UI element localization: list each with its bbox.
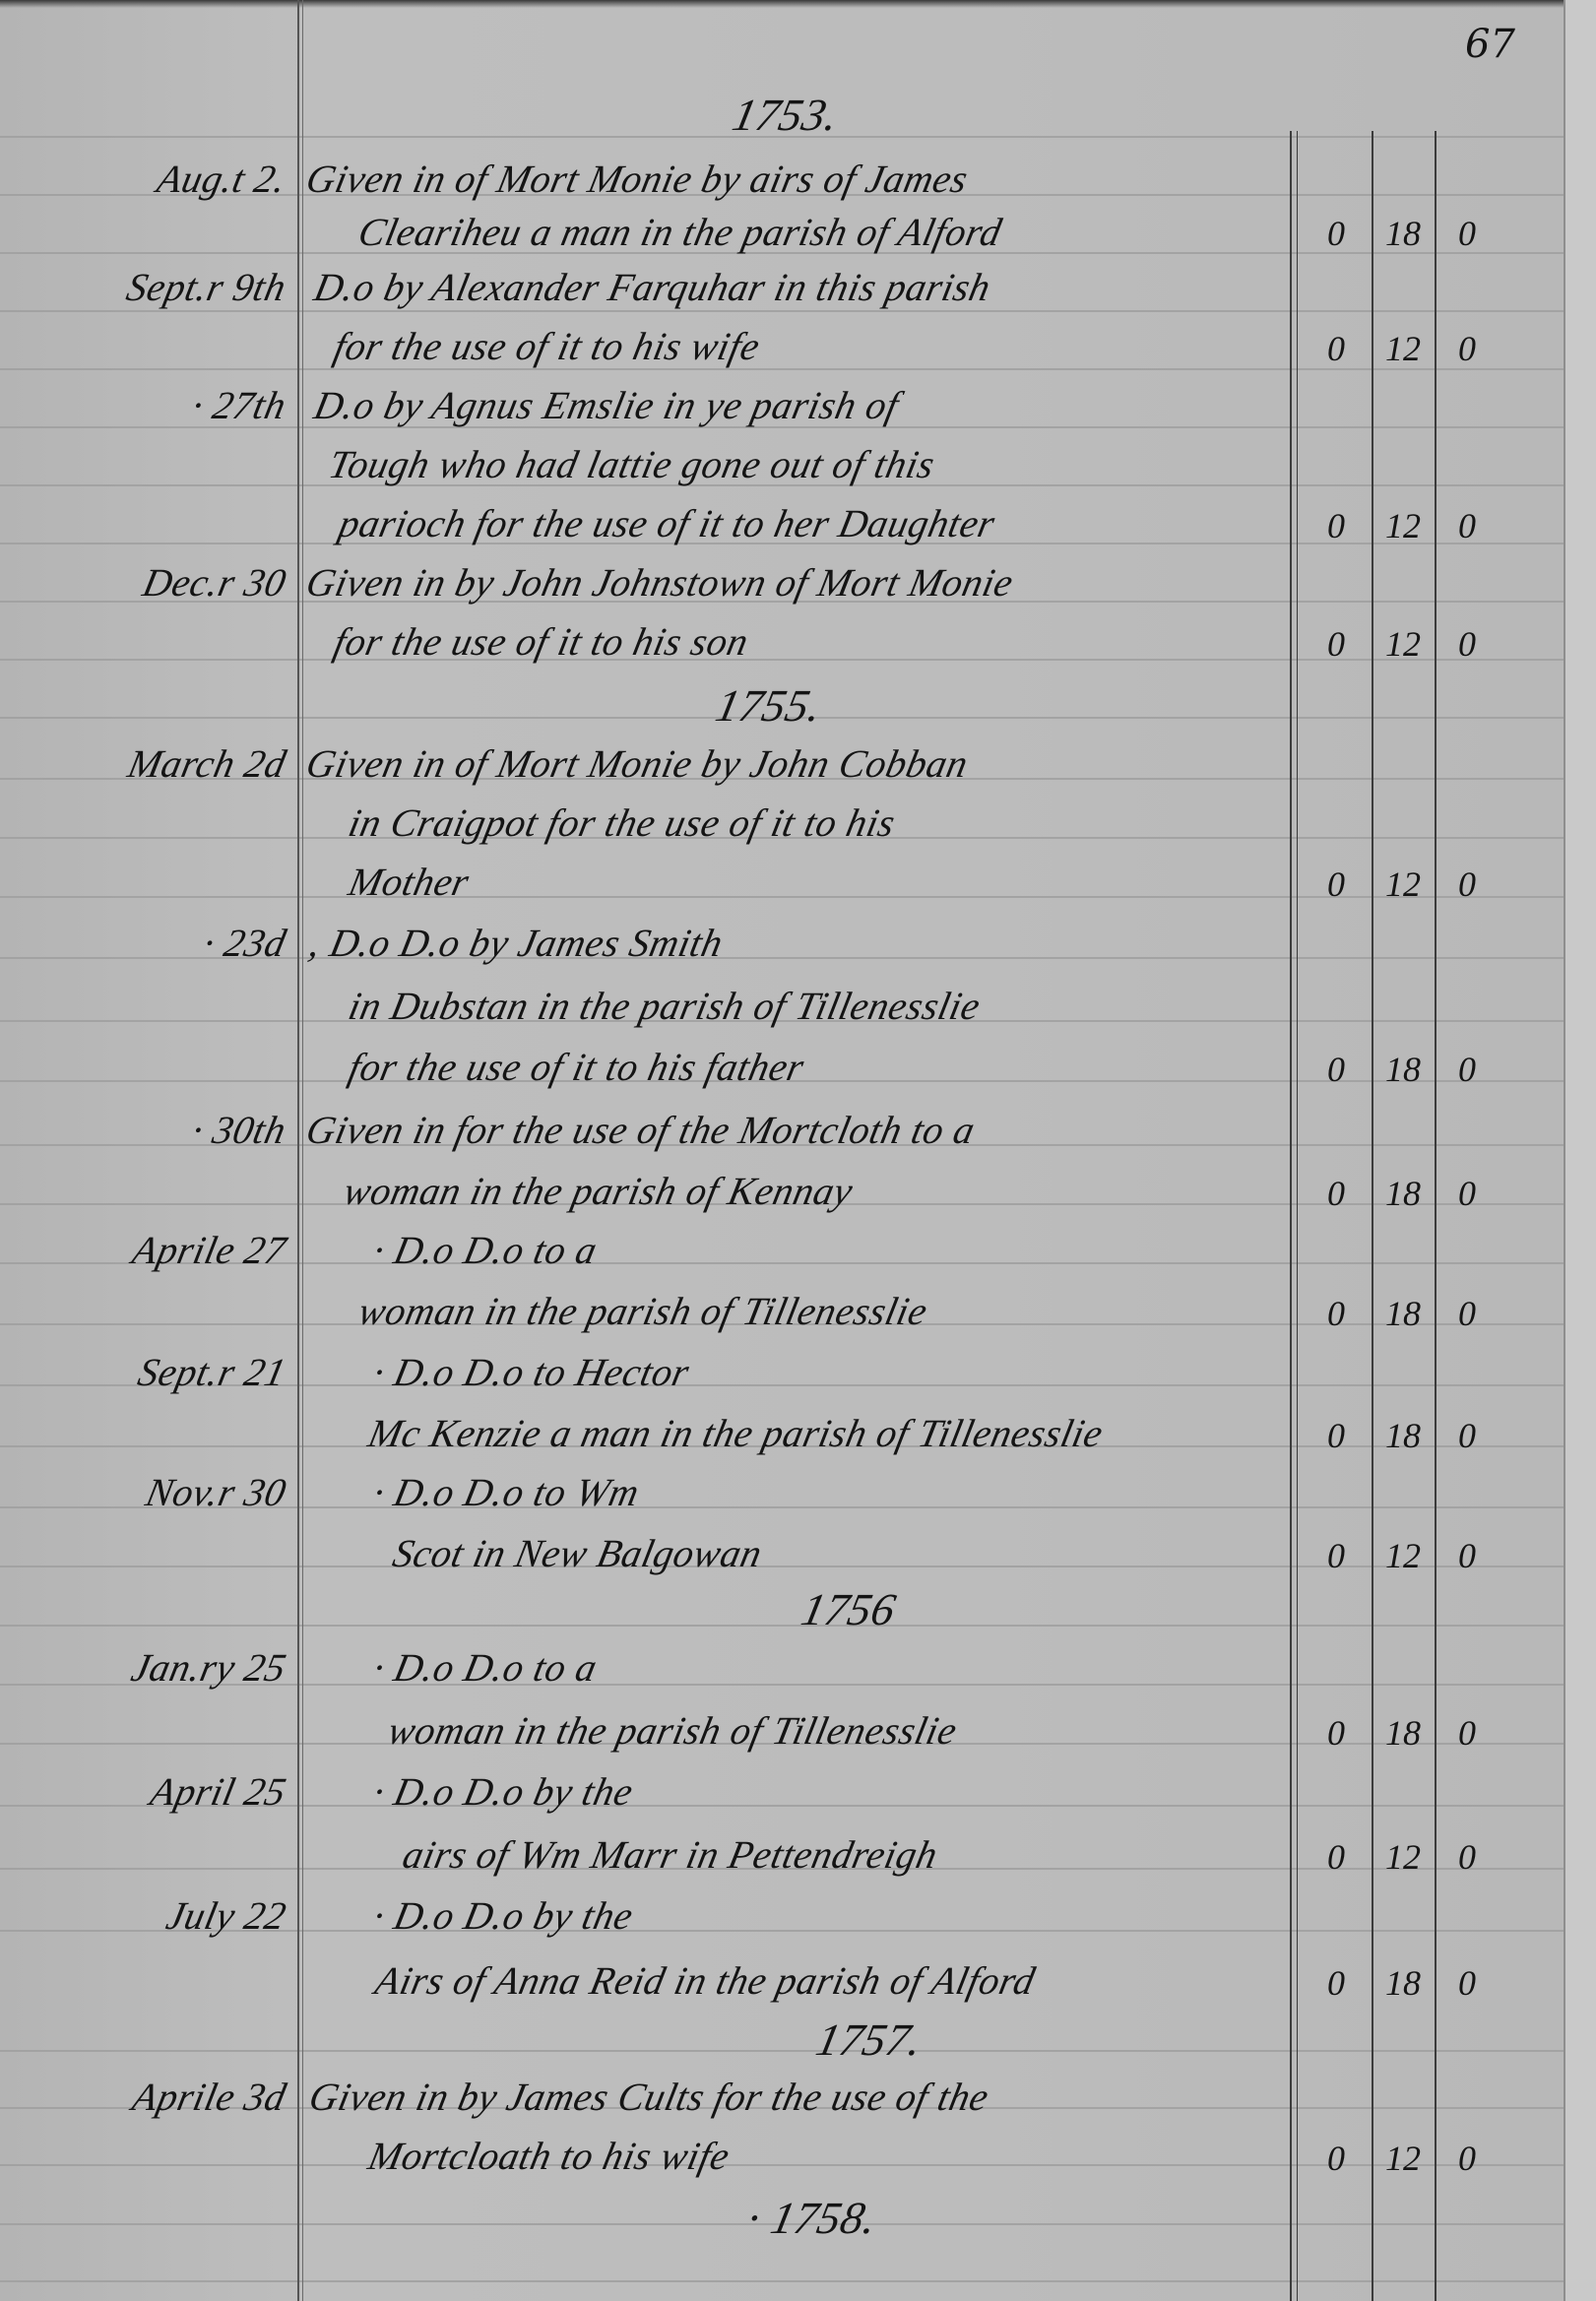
entry-text: woman in the parish of Tillenesslie	[384, 1707, 961, 1754]
amount-pence: 0	[1452, 1293, 1482, 1334]
margin-line	[297, 0, 299, 2301]
entry-date: Aprile 3d	[0, 2074, 290, 2120]
entry-text: Mc Kenzie a man in the parish of Tillene…	[364, 1410, 1108, 1456]
entry-text: for the use of it to his father	[345, 1044, 808, 1090]
amount-shillings: 18	[1383, 1415, 1423, 1456]
entry-text: Given in by James Cults for the use of t…	[305, 2074, 993, 2120]
entry-date: Aug.t 2.	[0, 156, 290, 202]
ruled-line	[0, 2050, 1564, 2052]
amount-pounds: 0	[1321, 1836, 1351, 1878]
entry-date: July 22	[0, 1892, 290, 1939]
amount-shillings: 12	[1383, 1535, 1423, 1576]
entry-text: Given in by John Johnstown of Mort Monie	[302, 559, 1018, 606]
year-heading: 1757.	[811, 2013, 926, 2066]
entry-date: March 2d	[0, 740, 290, 787]
amount-pence: 0	[1452, 328, 1482, 369]
ruled-line	[0, 310, 1564, 312]
ruled-line	[0, 1625, 1564, 1627]
amount-pence: 0	[1452, 2138, 1482, 2179]
amount-pence: 0	[1452, 1415, 1482, 1456]
entry-date: · 27th	[0, 382, 290, 428]
entry-text: in Craigpot for the use of it to his	[345, 799, 900, 846]
amount-pence: 0	[1452, 623, 1482, 665]
page-top-shadow	[0, 0, 1564, 8]
amount-pounds: 0	[1321, 2138, 1351, 2179]
entry-text: woman in the parish of Tillenesslie	[354, 1288, 931, 1334]
entry-text: Given in of Mort Monie by John Cobban	[302, 740, 973, 787]
entry-text: · D.o D.o to a	[369, 1227, 602, 1273]
entry-text: · D.o D.o to Hector	[369, 1349, 693, 1395]
year-heading: 1756	[797, 1583, 900, 1635]
amount-pounds: 0	[1321, 1293, 1351, 1334]
entry-text: Cleariheu a man in the parish of Alford	[354, 209, 1006, 255]
amount-pence: 0	[1452, 1712, 1482, 1754]
amount-pounds: 0	[1321, 1173, 1351, 1214]
entry-date: Dec.r 30	[0, 559, 290, 606]
entry-text: · D.o D.o by the	[369, 1892, 637, 1939]
amount-shillings: 12	[1383, 2138, 1423, 2179]
entry-date: · 30th	[0, 1107, 290, 1153]
amount-shillings: 18	[1383, 1049, 1423, 1090]
amount-pence: 0	[1452, 1535, 1482, 1576]
amount-pounds: 0	[1321, 1049, 1351, 1090]
entry-text: for the use of it to his wife	[330, 323, 764, 369]
amount-shillings: 12	[1383, 1836, 1423, 1878]
entry-text: · D.o D.o by the	[369, 1768, 637, 1815]
entry-text: parioch for the use of it to her Daughte…	[335, 500, 999, 546]
page-number: 67	[1465, 22, 1515, 67]
entry-text: D.o by Agnus Emslie in ye parish of	[310, 382, 903, 428]
entry-date: Jan.ry 25	[0, 1644, 290, 1691]
entry-text: Given in for the use of the Mortcloth to…	[302, 1107, 980, 1153]
entry-date: Aprile 27	[0, 1227, 290, 1273]
entry-text: · D.o D.o to Wm	[369, 1469, 644, 1515]
entry-date: · 23d	[0, 920, 290, 966]
amount-shillings: 12	[1383, 328, 1423, 369]
amount-pence: 0	[1452, 213, 1482, 254]
amount-shillings: 12	[1383, 505, 1423, 546]
entry-text: , D.o D.o by James Smith	[305, 920, 728, 966]
entry-text: D.o by Alexander Farquhar in this parish	[310, 264, 995, 310]
pence-column-line	[1435, 131, 1436, 2301]
amount-shillings: 18	[1383, 213, 1423, 254]
entry-text: Tough who had lattie gone out of this	[325, 441, 939, 487]
shillings-column-line	[1372, 131, 1373, 2301]
amount-shillings: 12	[1383, 863, 1423, 905]
amount-pence: 0	[1452, 1049, 1482, 1090]
ruled-line	[0, 2280, 1564, 2282]
amount-shillings: 18	[1383, 1962, 1423, 2004]
amount-pence: 0	[1452, 1173, 1482, 1214]
amount-pounds: 0	[1321, 213, 1351, 254]
entry-text: Airs of Anna Reid in the parish of Alfor…	[371, 1957, 1040, 2004]
amount-pence: 0	[1452, 1836, 1482, 1878]
entry-text: in Dubstan in the parish of Tillenesslie	[345, 983, 985, 1029]
amount-pence: 0	[1452, 1962, 1482, 2004]
entry-date: Sept.r 21	[0, 1349, 290, 1395]
amount-pounds: 0	[1321, 1962, 1351, 2004]
amount-shillings: 18	[1383, 1293, 1423, 1334]
entry-text: Given in of Mort Monie by airs of James	[302, 156, 972, 202]
ledger-page: 67 1753. Aug.t 2. Given in of Mort Monie…	[0, 0, 1564, 2301]
amount-shillings: 18	[1383, 1712, 1423, 1754]
entry-text: · D.o D.o to a	[369, 1644, 602, 1691]
entry-text: airs of Wm Marr in Pettendreigh	[399, 1831, 942, 1878]
amount-pounds: 0	[1321, 505, 1351, 546]
amount-pounds: 0	[1321, 1415, 1351, 1456]
amount-pence: 0	[1452, 863, 1482, 905]
pounds-column-line	[1290, 131, 1292, 2301]
page-edge	[1564, 0, 1596, 2301]
entry-text: Mortcloath to his wife	[364, 2133, 734, 2179]
year-heading: · 1758.	[742, 2192, 881, 2244]
amount-pounds: 0	[1321, 863, 1351, 905]
amount-pence: 0	[1452, 505, 1482, 546]
entry-date: Nov.r 30	[0, 1469, 290, 1515]
entry-text: Scot in New Balgowan	[389, 1530, 766, 1576]
amount-pounds: 0	[1321, 328, 1351, 369]
amount-pounds: 0	[1321, 623, 1351, 665]
entry-text: woman in the parish of Kennay	[340, 1168, 858, 1214]
entry-text: for the use of it to his son	[330, 618, 753, 665]
entry-date: April 25	[0, 1768, 290, 1815]
pounds-column-line-inner	[1297, 131, 1298, 2301]
amount-shillings: 18	[1383, 1173, 1423, 1214]
amount-pounds: 0	[1321, 1712, 1351, 1754]
entry-date: Sept.r 9th	[0, 264, 290, 310]
amount-shillings: 12	[1383, 623, 1423, 665]
amount-pounds: 0	[1321, 1535, 1351, 1576]
entry-text: Mother	[345, 859, 474, 905]
year-heading: 1753.	[728, 89, 843, 141]
year-heading: 1755.	[711, 679, 826, 732]
